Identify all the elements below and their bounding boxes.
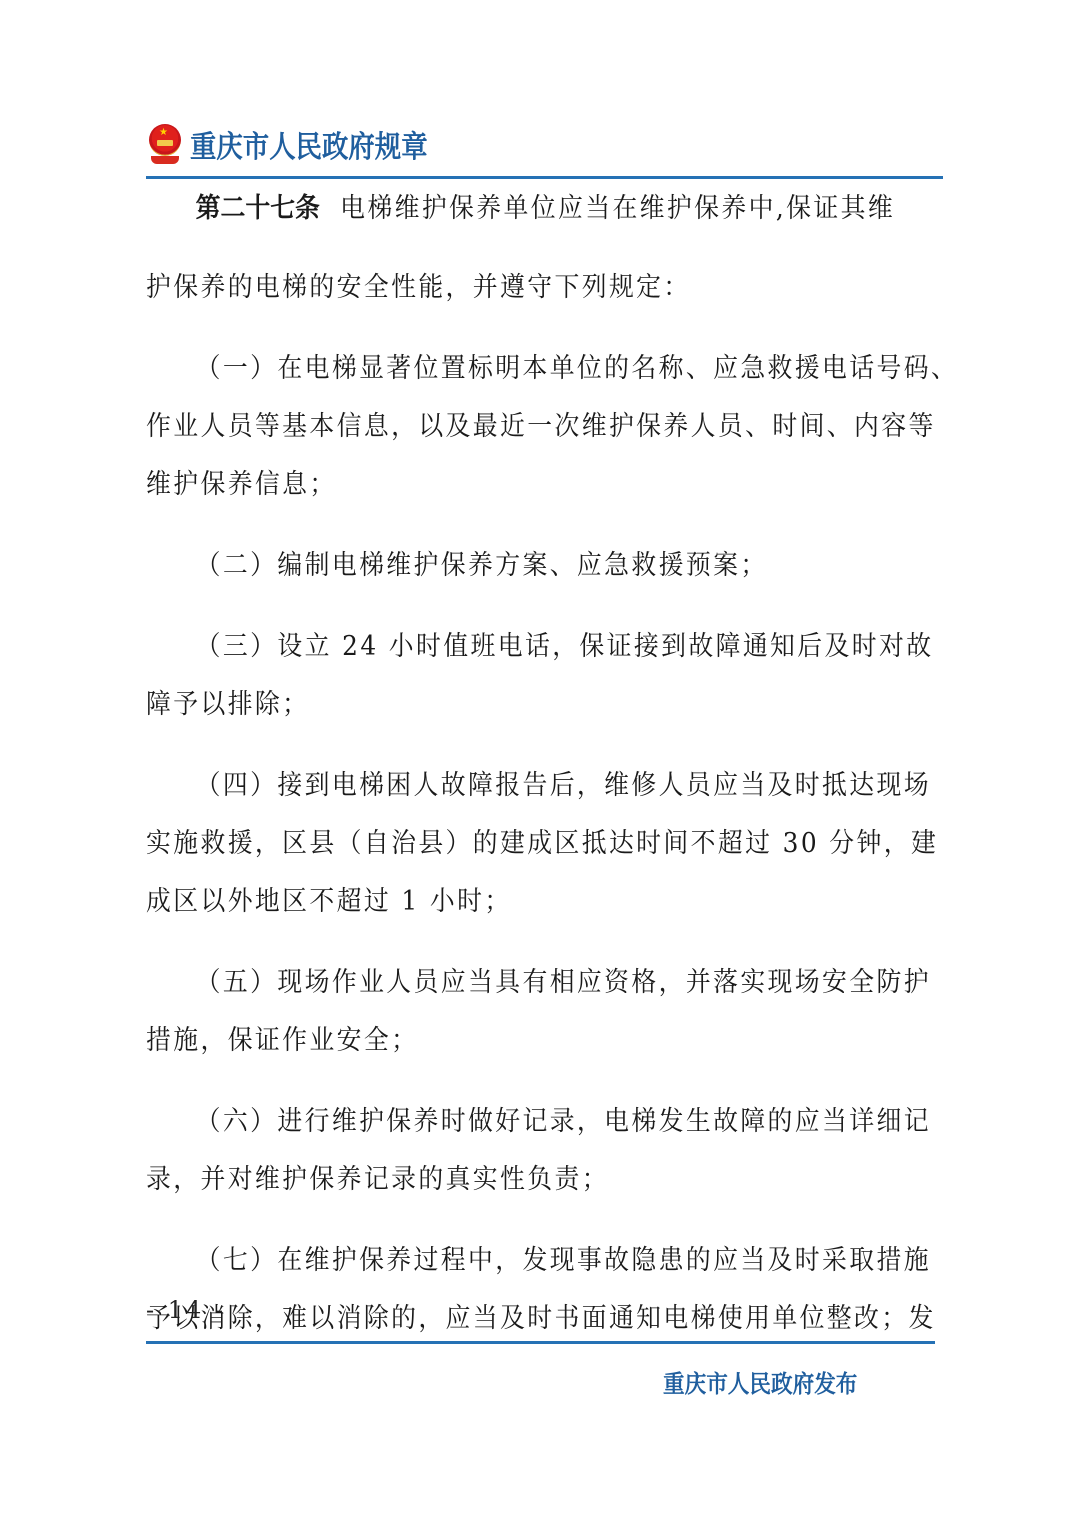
- item-5-line: 措施，保证作业安全；: [146, 1018, 879, 1064]
- header-title: 重庆市人民政府规章: [190, 122, 428, 166]
- item-2-line: （二）编制电梯维护保养方案、应急救援预案；: [146, 543, 879, 589]
- article-intro-line: 护保养的电梯的安全性能，并遵守下列规定：: [146, 265, 879, 311]
- article-body: 第二十七条电梯维护保养单位应当在维护保养中,保证其维 护保养的电梯的安全性能，并…: [146, 186, 943, 1342]
- header-divider: [146, 176, 943, 179]
- item-4-line: 成区以外地区不超过 1 小时；: [146, 879, 879, 925]
- item-4-line: （四）接到电梯困人故障报告后，维修人员应当及时抵达现场: [146, 763, 879, 809]
- footer-divider: [146, 1341, 935, 1344]
- article-number: 第二十七条: [196, 193, 320, 224]
- item-7-line: 予以消除，难以消除的，应当及时书面通知电梯使用单位整改；发: [146, 1296, 879, 1342]
- item-4-line: 实施救援，区县（自治县）的建成区抵达时间不超过 30 分钟，建: [146, 821, 879, 867]
- item-3-line: 障予以排除；: [146, 682, 879, 728]
- item-1-line: 维护保养信息；: [146, 462, 879, 508]
- national-emblem-icon: ★: [146, 122, 184, 166]
- item-1-line: 作业人员等基本信息，以及最近一次维护保养人员、时间、内容等: [146, 404, 879, 450]
- page-header: ★ 重庆市人民政府规章: [146, 120, 460, 168]
- publisher-label: 重庆市人民政府发布: [663, 1364, 857, 1399]
- page-number: - 14 -: [146, 1296, 226, 1324]
- item-3-line: （三）设立 24 小时值班电话，保证接到故障通知后及时对故: [146, 624, 879, 670]
- item-7-line: （七）在维护保养过程中，发现事故隐患的应当及时采取措施: [146, 1238, 879, 1284]
- item-5-line: （五）现场作业人员应当具有相应资格，并落实现场安全防护: [146, 960, 879, 1006]
- item-1-line: （一）在电梯显著位置标明本单位的名称、应急救援电话号码、: [146, 346, 879, 392]
- article-intro-line: 第二十七条电梯维护保养单位应当在维护保养中,保证其维: [146, 186, 879, 232]
- item-6-line: （六）进行维护保养时做好记录，电梯发生故障的应当详细记: [146, 1099, 879, 1145]
- item-6-line: 录，并对维护保养记录的真实性负责；: [146, 1157, 879, 1203]
